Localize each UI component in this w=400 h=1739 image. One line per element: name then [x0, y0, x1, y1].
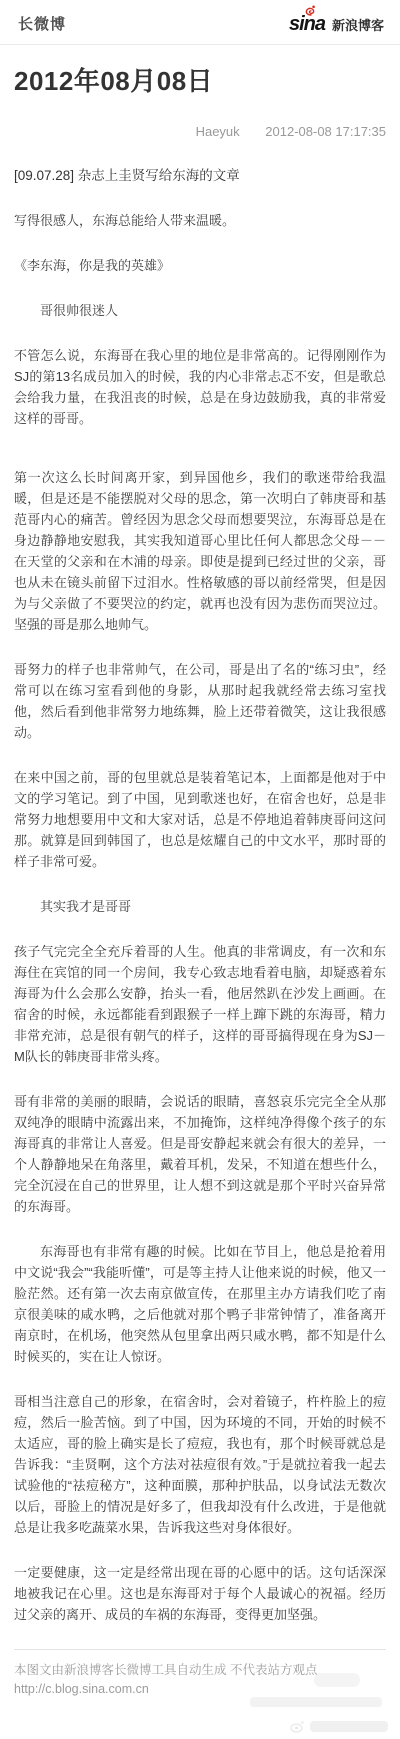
author-name: Haeyuk [196, 124, 240, 139]
post-title: [09.07.28] 杂志上圭贤写给东海的文章 [14, 165, 386, 186]
post-timestamp: 2012-08-08 17:17:35 [265, 124, 386, 139]
post-paragraph: 不管怎么说，东海哥在我心里的地位是非常高的。记得刚刚作为SJ的第13名成员加入的… [14, 345, 386, 429]
app-title: 长微博 [18, 13, 66, 34]
post-paragraph: 孩子气完完全全充斥着哥的人生。他真的非常调皮，有一次和东海住在宾馆的同一个房间，… [14, 941, 386, 1067]
sina-blog-logo[interactable]: sina 新浪博客 [289, 14, 384, 34]
post-paragraph: 写得很感人，东海总能给人带来温暖。 [14, 210, 386, 231]
post-paragraph: 哥很帅很迷人 [14, 300, 386, 321]
sina-eye-icon [304, 5, 318, 17]
watermark-handle [310, 1721, 388, 1732]
date-heading: 2012年08月08日 [14, 61, 386, 98]
post-paragraph: 东海哥也有非常有趣的时候。比如在节目上，他总是抢着用中文说“我会”“我能听懂”，… [14, 1241, 386, 1367]
watermark-info-line [250, 1697, 382, 1707]
post-body: 2012年08月08日 Haeyuk 2012-08-08 17:17:35 [… [0, 61, 400, 1625]
byline: Haeyuk 2012-08-08 17:17:35 [14, 124, 386, 139]
post-paragraph: 哥相当注意自己的形象，在宿舍时，会对着镜子，杵杵脸上的痘痘，然后一脸苦恼。到了中… [14, 1391, 386, 1538]
post-paragraph: 在来中国之前，哥的包里就总是装着笔记本，上面都是他对于中文的学习笔记。到了中国，… [14, 767, 386, 872]
watermark-badge [314, 1673, 360, 1687]
post-paragraph: 《李东海，你是我的英雄》 [14, 255, 386, 276]
watermark-weibo-signature [290, 1720, 388, 1733]
paragraph-list: 写得很感人，东海总能给人带来温暖。《李东海，你是我的英雄》哥很帅很迷人不管怎么说… [14, 210, 386, 1625]
post-paragraph: 哥努力的样子也非常帅气，在公司，哥是出了名的“练习虫”，经常可以在练习室看到他的… [14, 659, 386, 743]
post-paragraph: 一定要健康，这一定是经常出现在哥的心愿中的话。这句话深深地被我记在心里。这也是东… [14, 1562, 386, 1625]
weibo-eye-icon [290, 1720, 305, 1733]
sina-logo-text: sina [289, 14, 325, 34]
long-weibo-page: { "header": { "app_title": "长微博", "logo_… [0, 0, 400, 1739]
sina-blog-wordmark: 新浪博客 [332, 15, 384, 34]
header-bar: 长微博 sina 新浪博客 [0, 0, 400, 45]
post-paragraph: 其实我才是哥哥 [14, 896, 386, 917]
post-paragraph: 哥有非常的美丽的眼睛，会说话的眼睛，喜怒哀乐完完全全从那双纯净的眼睛中流露出来，… [14, 1091, 386, 1217]
post-paragraph: 第一次这么长时间离开家，到异国他乡，我们的歌迷带给我温暖，但是还是不能摆脱对父母… [14, 467, 386, 635]
